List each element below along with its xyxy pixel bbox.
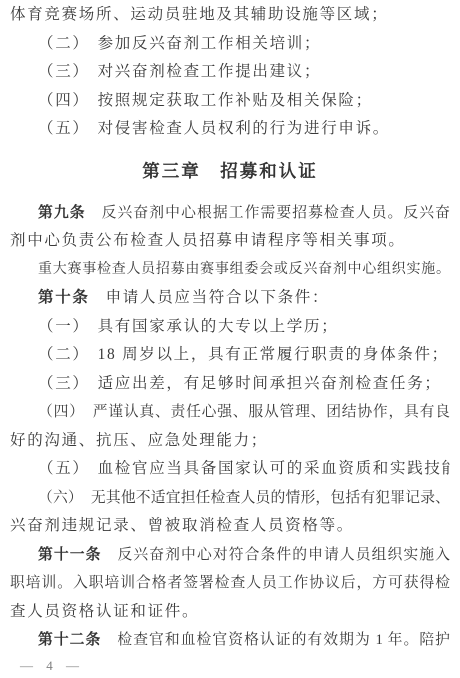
line-text: 适应出差，有足够时间承担兴奋剂检查任务； — [98, 375, 442, 392]
text-line: （二）参加反兴奋剂工作相关培训； — [10, 30, 450, 59]
text-line: 剂中心负责公布检查人员招募申请程序等相关事项。 — [10, 227, 450, 256]
line-text: 对侵害检查人员权利的行为进行申诉。 — [98, 120, 390, 137]
line-text: 检查官和血检官资格认证的有效期为 1 年。陪护 — [117, 632, 450, 648]
text-line: 兴奋剂违规记录、曾被取消检查人员资格等。 — [10, 512, 450, 541]
line-text: 严谨认真、责任心强、服从管理、团结协作，具有良 — [93, 404, 450, 420]
text-line: 体育竞赛场所、运动员驻地及其辅助设施等区域； — [10, 1, 450, 30]
list-item-marker: （四） — [38, 404, 85, 420]
text-line: （二）18 周岁以上，具有正常履行职责的身体条件； — [10, 341, 450, 370]
list-item-marker: （三） — [38, 375, 90, 392]
text-line: （一）具有国家承认的大专以上学历； — [10, 313, 450, 342]
line-text: 职培训。入职培训合格者签署检查人员工作协议后，方可获得检 — [10, 575, 450, 591]
list-item-marker: （四） — [38, 92, 90, 109]
list-item-marker: （五） — [38, 120, 90, 137]
text-line: 查人员资格认证和证件。 — [10, 598, 450, 627]
list-item-marker: （二） — [38, 35, 90, 52]
line-text: 无其他不适宜担任检查人员的情形，包括有犯罪记录、 — [91, 490, 450, 506]
text-line: 第十条申请人员应当符合以下条件： — [10, 284, 450, 313]
line-text: 18 周岁以上，具有正常履行职责的身体条件； — [98, 346, 449, 363]
text-line: 第九条反兴奋剂中心根据工作需要招募检查人员。反兴奋 — [10, 199, 450, 228]
chapter-heading: 第三章 招募和认证 — [10, 144, 450, 199]
text-line: 第十二条检查官和血检官资格认证的有效期为 1 年。陪护 — [10, 626, 450, 655]
text-block-bottom: 第九条反兴奋剂中心根据工作需要招募检查人员。反兴奋剂中心负责公布检查人员招募申请… — [10, 199, 450, 655]
text-line: （三）对兴奋剂检查工作提出建议； — [10, 58, 450, 87]
text-line: 重大赛事检查人员招募由赛事组委会或反兴奋剂中心组织实施。 — [10, 256, 450, 285]
line-text: 兴奋剂违规记录、曾被取消检查人员资格等。 — [10, 517, 354, 534]
list-item-marker: （五） — [38, 460, 90, 477]
line-text: 反兴奋剂中心对符合条件的申请人员组织实施入 — [118, 547, 450, 563]
line-text: 剂中心负责公布检查人员招募申请程序等相关事项。 — [10, 232, 406, 249]
text-line: （三）适应出差，有足够时间承担兴奋剂检查任务； — [10, 370, 450, 399]
text-line: （六）无其他不适宜担任检查人员的情形，包括有犯罪记录、 — [10, 484, 450, 513]
article-number: 第十条 — [38, 289, 90, 306]
document-body: 体育竞赛场所、运动员驻地及其辅助设施等区域；（二）参加反兴奋剂工作相关培训；（三… — [0, 0, 460, 675]
text-line: 第十一条反兴奋剂中心对符合条件的申请人员组织实施入 — [10, 541, 450, 570]
line-text: 血检官应当具备国家认可的采血资质和实践技能； — [98, 460, 450, 477]
line-text: 申请人员应当符合以下条件： — [106, 289, 330, 306]
list-item-marker: （六） — [38, 490, 83, 506]
line-text: 查人员资格认证和证件。 — [10, 603, 199, 620]
line-text: 重大赛事检查人员招募由赛事组委会或反兴奋剂中心组织实施。 — [38, 262, 450, 277]
line-text: 好的沟通、抗压、应急处理能力； — [10, 432, 268, 449]
page-number: — 4 — — [20, 657, 450, 675]
text-line: （五）血检官应当具备国家认可的采血资质和实践技能； — [10, 455, 450, 484]
line-text: 具有国家承认的大专以上学历； — [98, 318, 339, 335]
article-number: 第十一条 — [38, 547, 102, 563]
text-line: 职培训。入职培训合格者签署检查人员工作协议后，方可获得检 — [10, 569, 450, 598]
text-line: 好的沟通、抗压、应急处理能力； — [10, 427, 450, 456]
line-text: 对兴奋剂检查工作提出建议； — [98, 63, 322, 80]
list-item-marker: （二） — [38, 346, 90, 363]
article-number: 第九条 — [38, 205, 86, 221]
line-text: 反兴奋剂中心根据工作需要招募检查人员。反兴奋 — [102, 205, 450, 221]
document-page: { "page": { "background": "#ffffff", "te… — [0, 0, 460, 678]
text-block-top: 体育竞赛场所、运动员驻地及其辅助设施等区域；（二）参加反兴奋剂工作相关培训；（三… — [10, 1, 450, 144]
line-text: 参加反兴奋剂工作相关培训； — [98, 35, 322, 52]
list-item-marker: （三） — [38, 63, 90, 80]
article-number: 第十二条 — [38, 632, 101, 648]
text-line: （四）按照规定获取工作补贴及相关保险； — [10, 87, 450, 116]
list-item-marker: （一） — [38, 318, 90, 335]
line-text: 体育竞赛场所、运动员驻地及其辅助设施等区域； — [10, 6, 388, 23]
line-text: 按照规定获取工作补贴及相关保险； — [98, 92, 373, 109]
text-line: （五）对侵害检查人员权利的行为进行申诉。 — [10, 115, 450, 144]
text-line: （四）严谨认真、责任心强、服从管理、团结协作，具有良 — [10, 398, 450, 427]
